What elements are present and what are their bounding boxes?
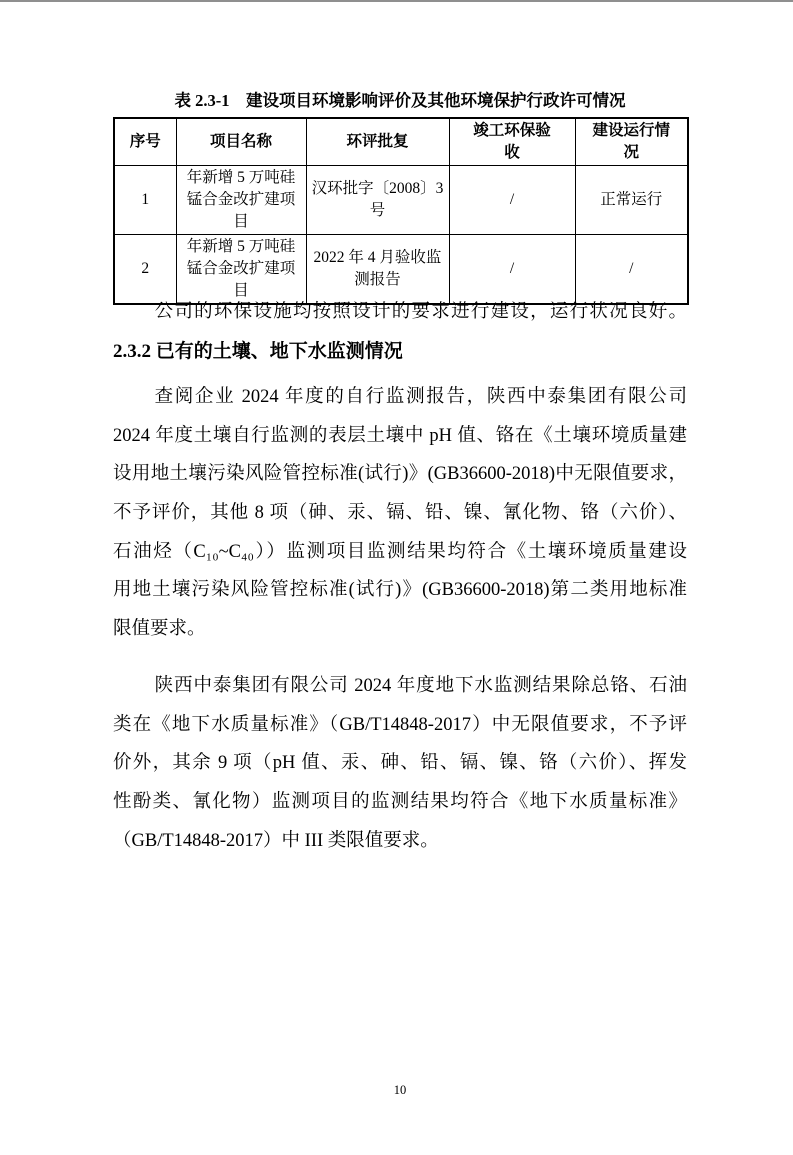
header-eia-approval: 环评批复 xyxy=(306,118,449,166)
table-body: 1年新增 5 万吨硅锰合金改扩建项目汉环批字〔2008〕3 号/正常运行2年新增… xyxy=(114,166,688,305)
section-heading: 2.3.2 已有的土壤、地下水监测情况 xyxy=(113,338,687,366)
text-line: 查阅企业 2024 年度的自行监测报告，陕西中泰集团有限公司 xyxy=(113,378,687,417)
header-completion-acceptance: 竣工环保验 收 xyxy=(449,118,575,166)
header-operation-status: 建设运行情 况 xyxy=(575,118,688,166)
text-line: （GB/T14848-2017）中 III 类限值要求。 xyxy=(113,822,687,861)
table-cell: 汉环批字〔2008〕3 号 xyxy=(306,166,449,235)
text-line: 设用地土壤污染风险管控标准(试行)》(GB36600-2018)中无限值要求， xyxy=(113,455,687,494)
table-cell: 1 xyxy=(114,166,176,235)
table-header-row: 序号 项目名称 环评批复 竣工环保验 收 建设运行情 况 xyxy=(114,118,688,166)
table-cell: / xyxy=(449,166,575,235)
text-line: 石油烃（C₁₀~C₄₀））监测项目监测结果均符合《土壤环境质量建设 xyxy=(113,533,687,572)
page-number: 10 xyxy=(113,1082,687,1098)
text-line: 用地土壤污染风险管控标准(试行)》(GB36600-2018)第二类用地标准 xyxy=(113,571,687,610)
text-line: 类在《地下水质量标准》（GB/T14848-2017）中无限值要求，不予评 xyxy=(113,706,687,745)
header-serial-number: 序号 xyxy=(114,118,176,166)
table-cell: 正常运行 xyxy=(575,166,688,235)
document-page: 表 2.3-1 建设项目环境影响评价及其他环境保护行政许可情况 序号 项目名称 … xyxy=(0,0,793,1155)
text-line: 2024 年度土壤自行监测的表层土壤中 pH 值、铬在《土壤环境质量建 xyxy=(113,417,687,456)
text-line: 限值要求。 xyxy=(113,610,687,649)
text-line: 价外，其余 9 项（pH 值、汞、砷、铅、镉、镍、铬（六价）、挥发 xyxy=(113,744,687,783)
page-top-border xyxy=(0,0,793,2)
table-cell: 年新增 5 万吨硅锰合金改扩建项目 xyxy=(176,166,306,235)
text-line: 性酚类、氰化物）监测项目的监测结果均符合《地下水质量标准》 xyxy=(113,783,687,822)
table-title: 表 2.3-1 建设项目环境影响评价及其他环境保护行政许可情况 xyxy=(113,90,687,112)
text-line: 陕西中泰集团有限公司 2024 年度地下水监测结果除总铬、石油 xyxy=(113,667,687,706)
paragraph-groundwater-monitoring: 陕西中泰集团有限公司 2024 年度地下水监测结果除总铬、石油类在《地下水质量标… xyxy=(113,667,687,860)
header-project-name: 项目名称 xyxy=(176,118,306,166)
environmental-permits-table: 序号 项目名称 环评批复 竣工环保验 收 建设运行情 况 1年新增 5 万吨硅锰… xyxy=(113,117,689,305)
paragraph-intro: 公司的环保设施均按照设计的要求进行建设，运行状况良好。 xyxy=(113,293,687,332)
table-row: 1年新增 5 万吨硅锰合金改扩建项目汉环批字〔2008〕3 号/正常运行 xyxy=(114,166,688,235)
paragraph-soil-monitoring: 查阅企业 2024 年度的自行监测报告，陕西中泰集团有限公司2024 年度土壤自… xyxy=(113,378,687,649)
text-line: 不予评价，其他 8 项（砷、汞、镉、铅、镍、氰化物、铬（六价）、 xyxy=(113,494,687,533)
